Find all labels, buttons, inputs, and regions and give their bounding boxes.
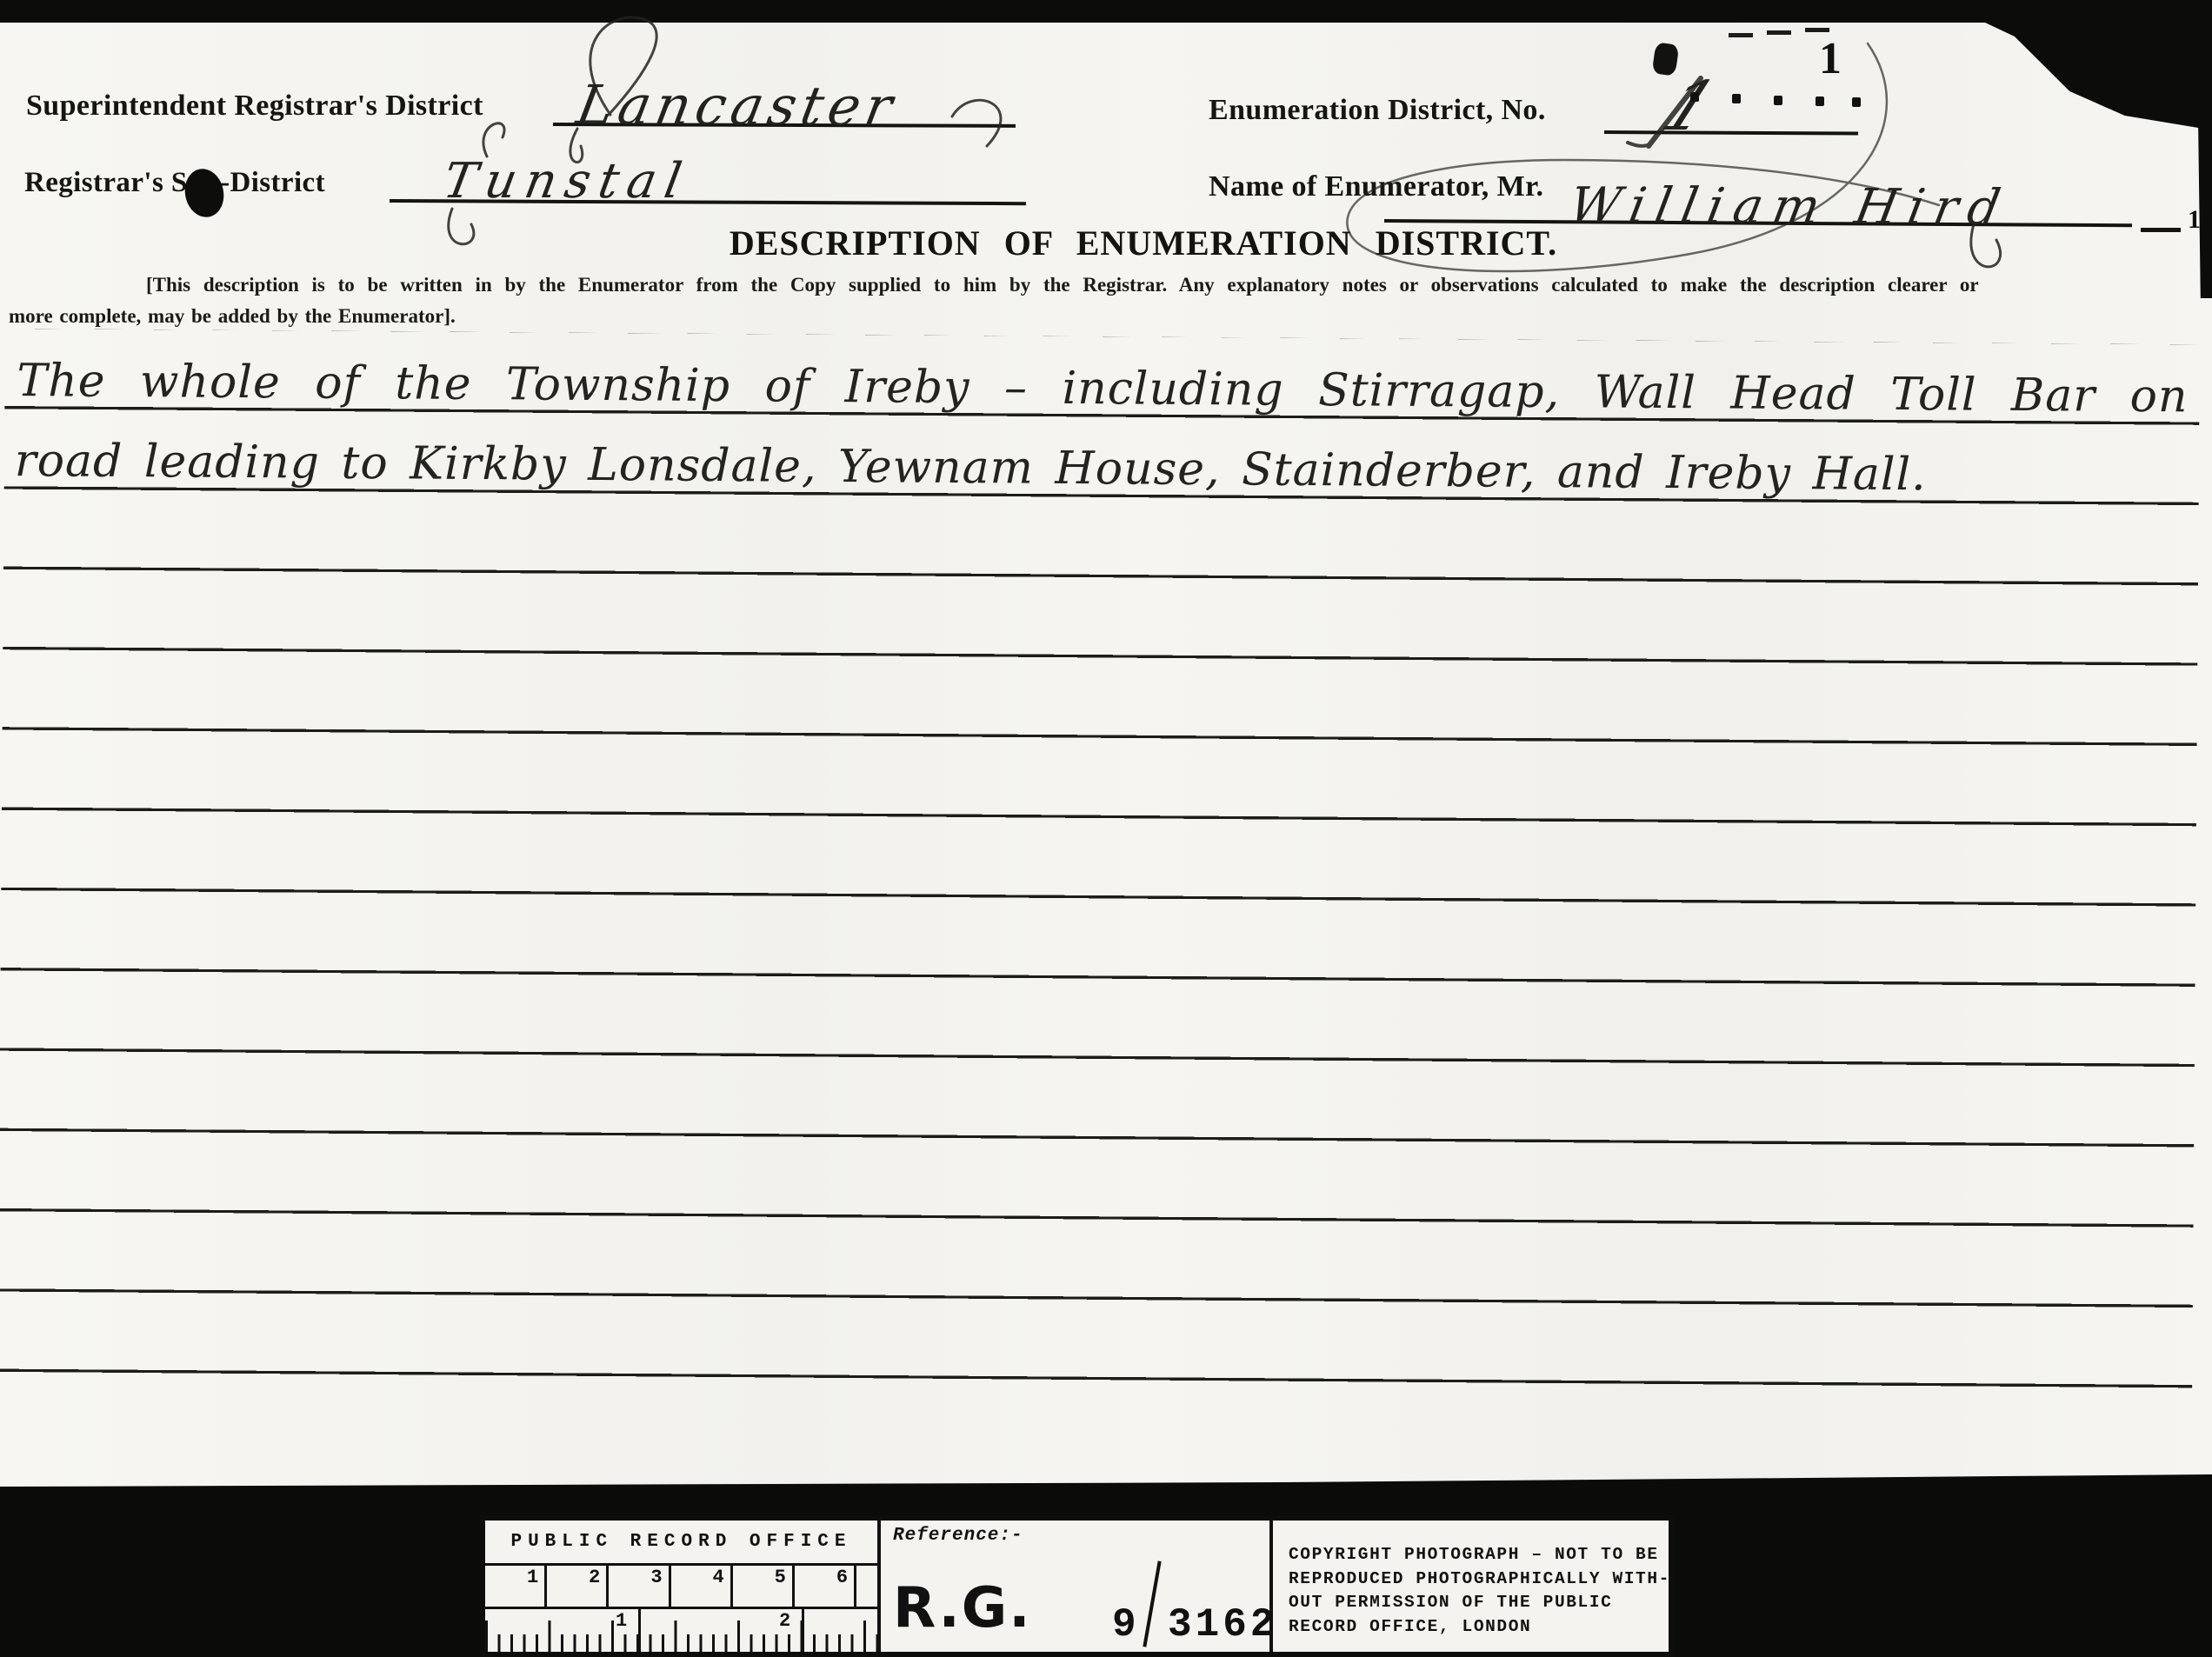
enumeration-district-label: Enumeration District, No. bbox=[1209, 94, 1546, 127]
stamp-copyright-section: COPYRIGHT PHOTOGRAPH – NOT TO BE REPRODU… bbox=[1269, 1521, 1669, 1652]
public-record-office-stamp: PUBLIC RECORD OFFICE 1 2 3 4 5 6 1 2 Ref… bbox=[480, 1515, 1674, 1657]
copyright-line: REPRODUCED PHOTOGRAPHICALLY WITH- bbox=[1289, 1567, 1669, 1592]
inch-label: 2 bbox=[779, 1610, 790, 1632]
stamp-scale-section: PUBLIC RECORD OFFICE 1 2 3 4 5 6 1 2 bbox=[485, 1521, 877, 1652]
superintendent-district-label: Superintendent Registrar's District bbox=[26, 90, 483, 123]
cm-cell-end bbox=[856, 1566, 877, 1607]
stamp-inch-ruler: 1 2 bbox=[485, 1609, 877, 1652]
dash-marks bbox=[1729, 33, 1753, 37]
reference-item: 3162 bbox=[1168, 1602, 1277, 1647]
sub-district-value: Tunstal bbox=[439, 153, 694, 210]
cm-cell: 1 bbox=[485, 1566, 547, 1607]
stamp-cm-scale: 1 2 3 4 5 6 bbox=[485, 1566, 877, 1609]
instructions-line-2: more complete, may be added by the Enume… bbox=[9, 305, 456, 328]
underline-dash bbox=[2141, 228, 2181, 232]
scan-edge-top bbox=[0, 0, 2212, 23]
cm-cell: 2 bbox=[547, 1566, 609, 1607]
copyright-line: COPYRIGHT PHOTOGRAPH – NOT TO BE bbox=[1289, 1543, 1669, 1567]
superintendent-district-value: Lancaster bbox=[572, 73, 903, 138]
reference-slash bbox=[1143, 1561, 1161, 1647]
cm-cell: 4 bbox=[671, 1566, 733, 1607]
reference-piece: 9 bbox=[1112, 1602, 1136, 1647]
dot-marks bbox=[1690, 92, 1699, 102]
stamp-reference-section: Reference:- R.G. 9 3162 bbox=[877, 1521, 1269, 1652]
printed-district-number: 1 bbox=[1819, 33, 1842, 84]
description-line-1: The whole of the Township of Ireby – inc… bbox=[17, 355, 2212, 425]
copyright-line: OUT PERMISSION OF THE PUBLIC bbox=[1289, 1591, 1669, 1615]
reference-label: Reference:- bbox=[893, 1526, 1023, 1546]
page-title: DESCRIPTION OF ENUMERATION DISTRICT. bbox=[704, 223, 1582, 263]
inch-divider bbox=[802, 1609, 804, 1652]
description-line-2: road leading to Kirkby Lonsdale, Yewnam … bbox=[15, 435, 1927, 501]
cm-cell: 3 bbox=[609, 1566, 670, 1607]
cm-cell: 6 bbox=[795, 1566, 856, 1607]
stamp-office-name: PUBLIC RECORD OFFICE bbox=[485, 1521, 877, 1566]
edge-mark: 1 bbox=[2188, 205, 2201, 235]
copyright-line: RECORD OFFICE, LONDON bbox=[1289, 1615, 1669, 1640]
cm-cell: 5 bbox=[733, 1566, 795, 1607]
instructions-line-1: [This description is to be written in by… bbox=[146, 274, 1979, 296]
enumerator-name-label: Name of Enumerator, Mr. bbox=[1209, 170, 1543, 203]
reference-series: R.G. bbox=[893, 1576, 1032, 1640]
inch-divider bbox=[638, 1609, 641, 1652]
enumerator-name-value: William Hird bbox=[1565, 177, 2015, 236]
ruled-lines: The whole of the Township of Ireby – inc… bbox=[0, 329, 2200, 1389]
inch-label: 1 bbox=[616, 1610, 627, 1632]
sub-district-label: Registrar's Sub-District bbox=[24, 167, 325, 199]
